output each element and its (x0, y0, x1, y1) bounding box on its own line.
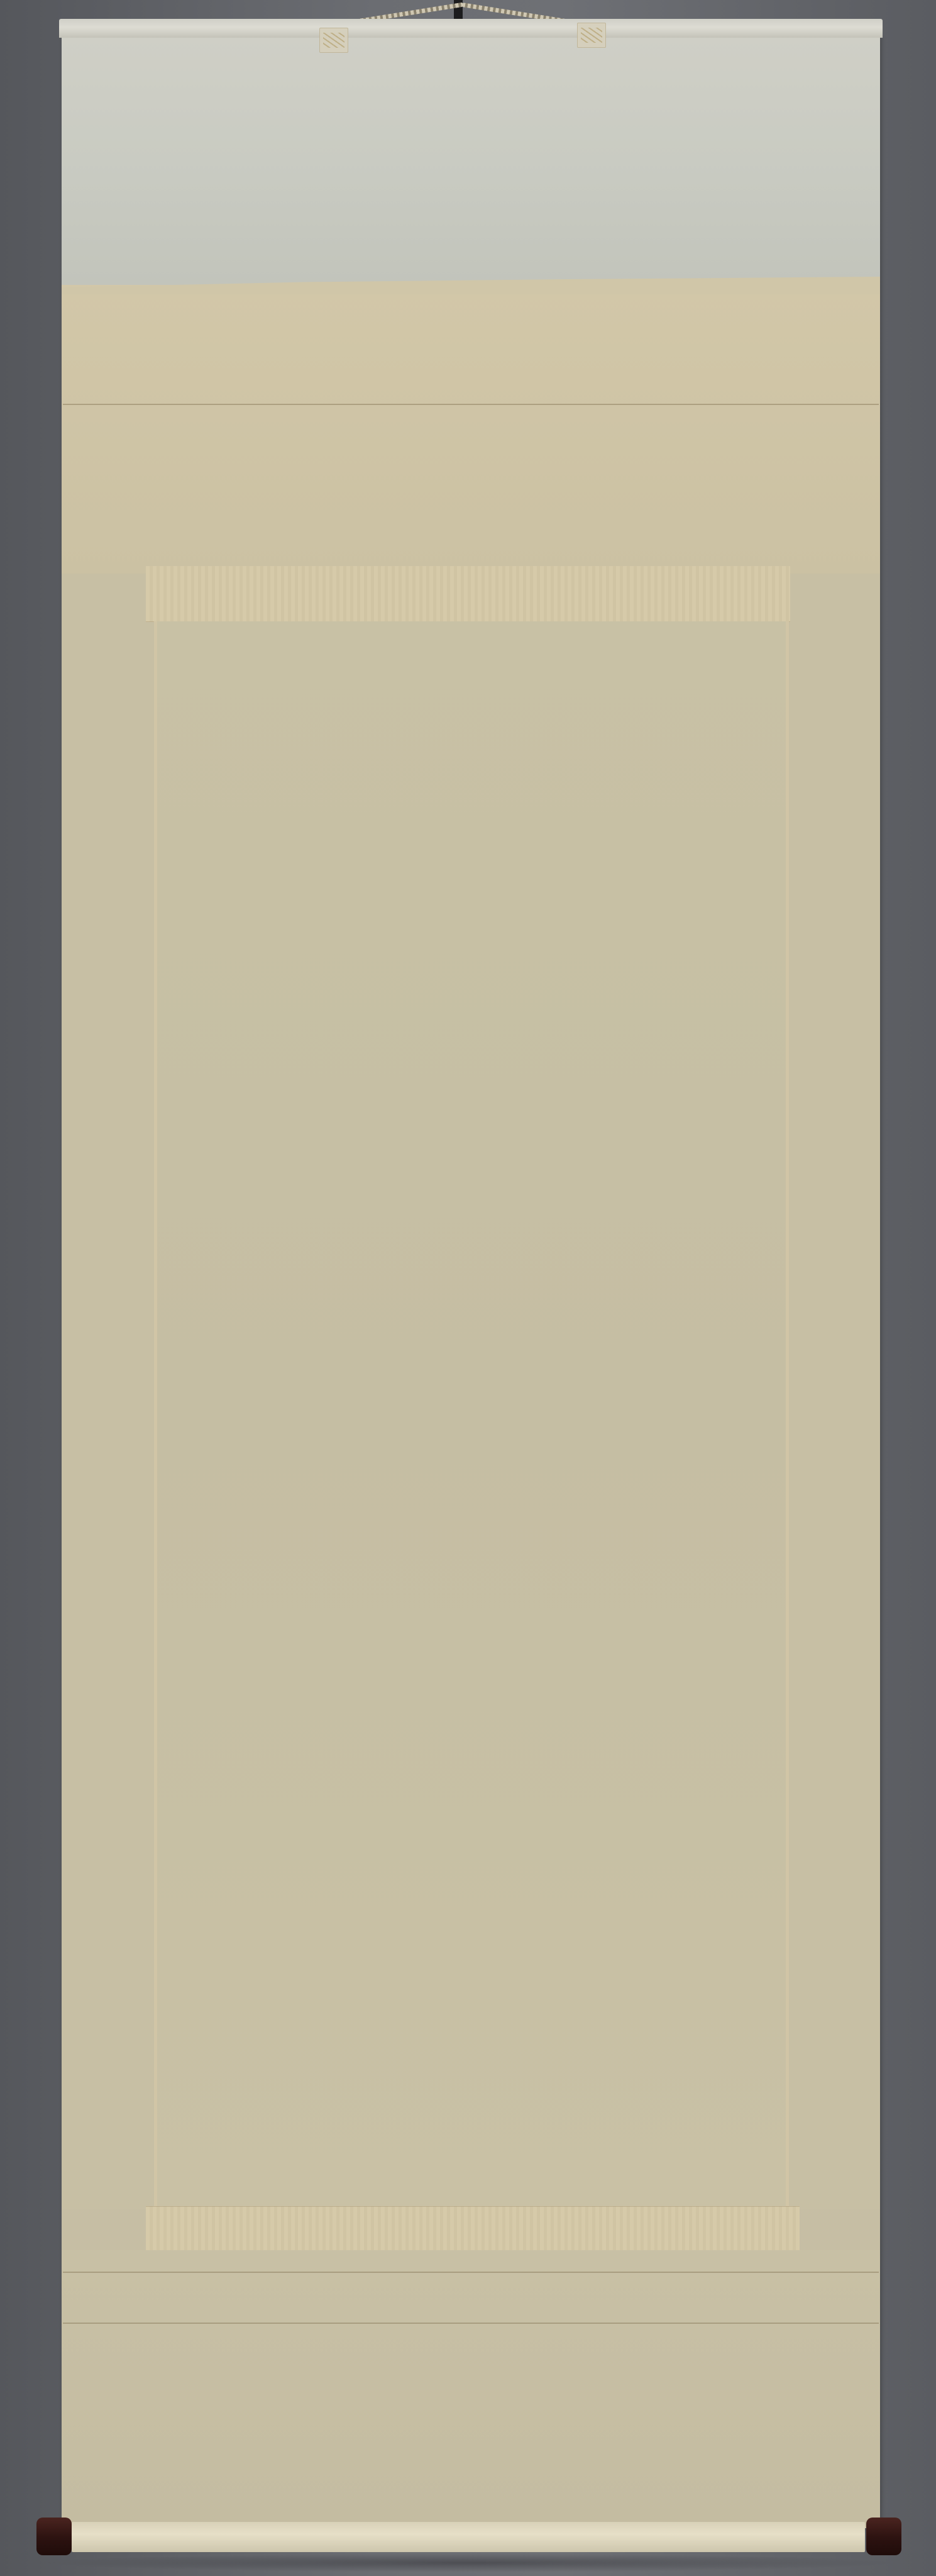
top-rod (59, 19, 883, 38)
roller-end-left (36, 2518, 72, 2555)
center-panel (154, 621, 789, 2206)
bottom-roller (72, 2522, 865, 2552)
top-panel (62, 36, 880, 285)
hanging-tab-right (577, 23, 606, 48)
hanging-tab-left (319, 28, 348, 53)
fold-line-lower-1 (63, 2272, 879, 2273)
fold-line-upper (63, 404, 879, 405)
upper-strip (146, 566, 790, 622)
fold-line-lower-2 (63, 2323, 879, 2324)
roller-end-right (866, 2518, 901, 2555)
lower-mounting (62, 2250, 880, 2527)
lower-strip (146, 2206, 800, 2251)
upper-mounting (62, 285, 880, 574)
floor-shadow (38, 2553, 899, 2572)
